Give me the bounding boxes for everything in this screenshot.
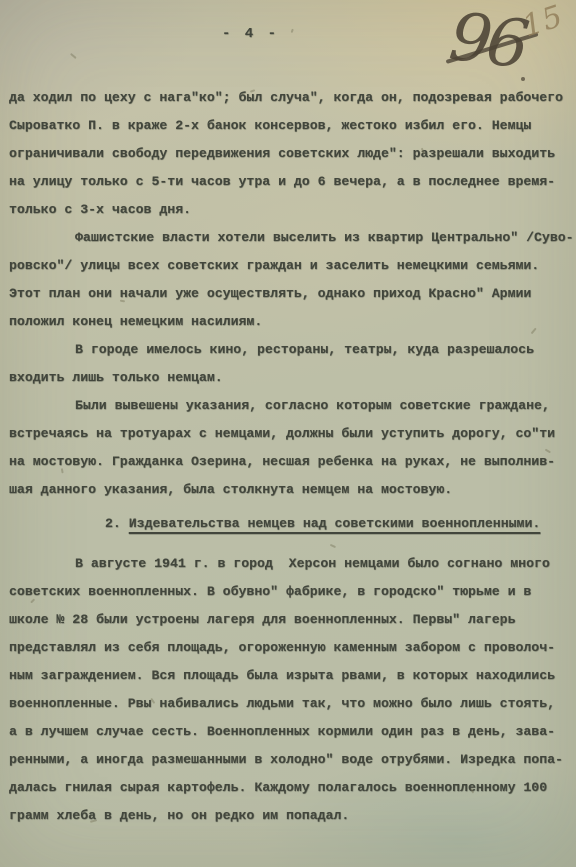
ink-dot	[521, 77, 525, 81]
text-line: Фашистские власти хотели выселить из ква…	[9, 224, 576, 252]
text-line: ренными, а иногда размешанными в холодно…	[9, 746, 576, 774]
text-line: встречаясь на тротуарах с немцами, должн…	[9, 420, 576, 448]
text-line: В городе имелось кино, рестораны, театры…	[9, 336, 576, 364]
text-line: В августе 1941 г. в город Херсон немцами…	[9, 550, 576, 578]
text-line: положил конец немецким насилиям.	[9, 308, 576, 336]
section-heading: 2. Издевательства немцев над советскими …	[9, 510, 576, 538]
text-line: только с 3-х часов дня.	[9, 196, 576, 224]
text-line: Этот план они начали уже осуществлять, о…	[9, 280, 576, 308]
text-line: шая данного указания, была столкнута нем…	[9, 476, 576, 504]
text-line: на улицу только с 5-ти часов утра и до 6…	[9, 168, 576, 196]
text-line: на мостовую. Гражданка Озерина, несшая р…	[9, 448, 576, 476]
text-line: да ходил по цеху с нага"ко"; был случа",…	[9, 84, 576, 112]
paragraph: Фашистские власти хотели выселить из ква…	[9, 224, 576, 336]
document-text: да ходил по цеху с нага"ко"; был случа",…	[9, 84, 576, 830]
text-line: представлял из себя площадь, огороженную…	[9, 634, 576, 662]
text-line: ограничивали свободу передвижения советс…	[9, 140, 576, 168]
text-line: ным заграждением. Вся площадь была изрыт…	[9, 662, 576, 690]
text-line: входить лишь только немцам.	[9, 364, 576, 392]
text-line: школе № 28 были устроены лагеря для воен…	[9, 606, 576, 634]
text-line: а в лучшем случае сесть. Военнопленных к…	[9, 718, 576, 746]
text-line: советских военнопленных. В обувно" фабри…	[9, 578, 576, 606]
paragraph: В августе 1941 г. в город Херсон немцами…	[9, 550, 576, 830]
paragraph: Были вывешены указания, согласно которым…	[9, 392, 576, 504]
page-number: - 4 -	[222, 26, 279, 42]
document-page: - 4 - 96 15 да ходил по цеху с нага"ко";…	[0, 0, 576, 867]
paragraph: В городе имелось кино, рестораны, театры…	[9, 336, 576, 392]
paragraph: да ходил по цеху с нага"ко"; был случа",…	[9, 84, 576, 224]
text-line: грамм хлеба в день, но он редко им попад…	[9, 802, 576, 830]
section-number: 2.	[105, 516, 121, 531]
text-line: далась гнилая сырая картофель. Каждому п…	[9, 774, 576, 802]
text-line: Сыроватко П. в краже 2-х банок консервов…	[9, 112, 576, 140]
text-line: военнопленные. Рвы набивались людьми так…	[9, 690, 576, 718]
section-title: Издевательства немцев над советскими вое…	[129, 516, 541, 531]
text-line: Были вывешены указания, согласно которым…	[9, 392, 576, 420]
text-line: ровско"/ улицы всех советских граждан и …	[9, 252, 576, 280]
